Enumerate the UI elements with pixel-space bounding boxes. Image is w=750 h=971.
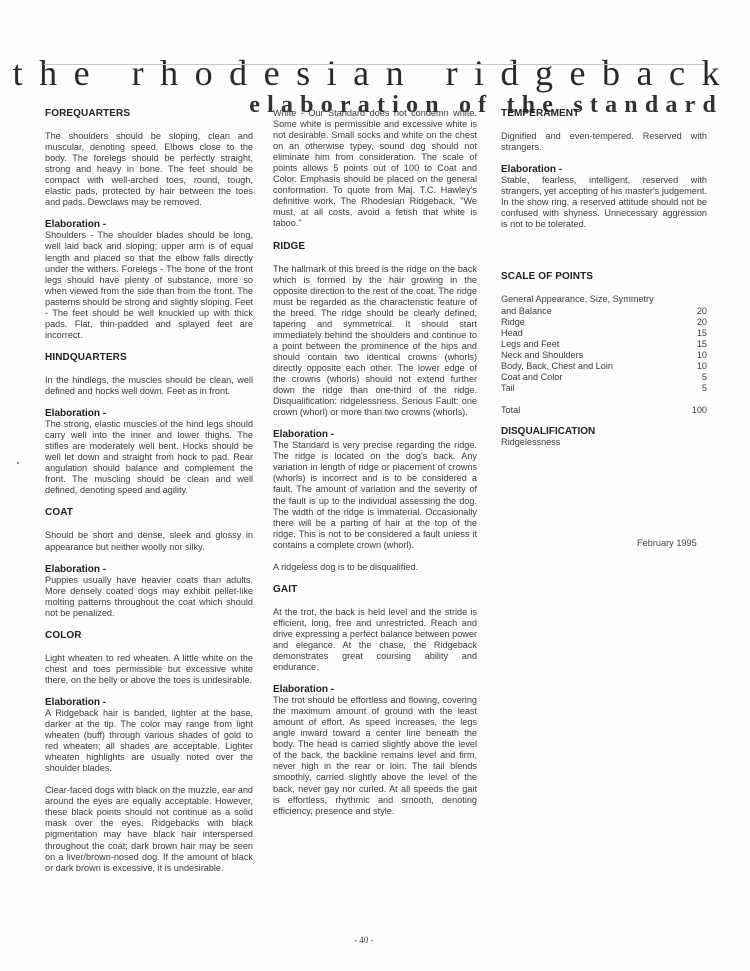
elaboration-label: Elaboration -: [273, 429, 477, 440]
elaboration-text: Puppies usually have heavier coats than …: [45, 575, 253, 619]
elaboration-label: Elaboration -: [45, 697, 253, 708]
page-title: the rhodesian ridgeback: [13, 52, 736, 94]
section-gait: GAIT At the trot, the back is held level…: [273, 584, 477, 817]
section-heading: COAT: [45, 507, 253, 518]
points-total-label: Total: [501, 405, 520, 416]
points-label: and Balance: [501, 306, 552, 317]
points-row: Tail5: [501, 383, 707, 394]
points-row: Head15: [501, 328, 707, 339]
points-label: Head: [501, 328, 523, 339]
section-heading: RIDGE: [273, 241, 477, 252]
points-label: Body, Back, Chest and Loin: [501, 361, 613, 372]
column-2: White - Our Standard does not condemn wh…: [273, 108, 477, 828]
section-temperament: TEMPERAMENT Dignified and even-tempered.…: [501, 108, 707, 230]
points-value: 5: [702, 372, 707, 383]
section-heading: DISQUALIFICATION: [501, 426, 707, 437]
section-heading: HINDQUARTERS: [45, 352, 253, 363]
section-heading: TEMPERAMENT: [501, 108, 707, 119]
points-total-row: Total100: [501, 405, 707, 416]
standard-text: The shoulders should be sloping, clean a…: [45, 131, 253, 208]
page-number: - 40 -: [354, 935, 374, 945]
elaboration-text: The Standard is very precise regarding t…: [273, 440, 477, 550]
standard-text: The hallmark of this breed is the ridge …: [273, 264, 477, 419]
elaboration-label: Elaboration -: [273, 684, 477, 695]
points-row: Legs and Feet15: [501, 339, 707, 350]
elaboration-text-2: Clear-faced dogs with black on the muzzl…: [45, 785, 253, 873]
standard-text: Light wheaten to red wheaten. A little w…: [45, 653, 253, 686]
points-value: 15: [697, 328, 707, 339]
disqualification-note: A ridgeless dog is to be disqualified.: [273, 562, 477, 573]
publication-date: February 1995: [637, 538, 697, 548]
points-total-value: 100: [692, 405, 707, 416]
elaboration-text: The trot should be effortless and flowin…: [273, 695, 477, 817]
section-coat: COAT Should be short and dense, sleek an…: [45, 507, 253, 618]
disqualification-text: Ridgelessness: [501, 437, 707, 448]
elaboration-text: A Ridgeback hair is banded, lighter at t…: [45, 708, 253, 774]
points-value: 10: [697, 361, 707, 372]
points-value: 10: [697, 350, 707, 361]
points-value: 20: [697, 317, 707, 328]
points-label: Neck and Shoulders: [501, 350, 583, 361]
section-heading: SCALE OF POINTS: [501, 271, 707, 282]
elaboration-label: Elaboration -: [45, 564, 253, 575]
section-heading: COLOR: [45, 630, 253, 641]
section-forequarters: FOREQUARTERS The shoulders should be slo…: [45, 108, 253, 341]
points-label: Coat and Color: [501, 372, 562, 383]
title-rule-divider: [44, 64, 704, 65]
section-scale-of-points: SCALE OF POINTS General Appearance, Size…: [501, 271, 707, 416]
points-row: and Balance20: [501, 306, 707, 317]
standard-text: In the hindlegs, the muscles should be c…: [45, 375, 253, 397]
column-3: TEMPERAMENT Dignified and even-tempered.…: [501, 108, 707, 448]
section-disqualification: DISQUALIFICATION Ridgelessness: [501, 426, 707, 448]
standard-text: At the trot, the back is held level and …: [273, 607, 477, 673]
white-paragraph: White - Our Standard does not condemn wh…: [273, 108, 477, 230]
points-value: 20: [697, 306, 707, 317]
section-color: COLOR Light wheaten to red wheaten. A li…: [45, 630, 253, 874]
standard-text: Should be short and dense, sleek and glo…: [45, 530, 253, 552]
section-heading: FOREQUARTERS: [45, 108, 253, 119]
section-hindquarters: HINDQUARTERS In the hindlegs, the muscle…: [45, 352, 253, 497]
points-row: Coat and Color5: [501, 372, 707, 383]
standard-text: Dignified and even-tempered. Reserved wi…: [501, 131, 707, 153]
points-first-line: General Appearance, Size, Symmetry: [501, 294, 707, 305]
points-row: Ridge20: [501, 317, 707, 328]
points-row: Body, Back, Chest and Loin10: [501, 361, 707, 372]
elaboration-text: The strong, elastic muscles of the hind …: [45, 419, 253, 496]
scan-speck: [17, 462, 19, 464]
points-value: 5: [702, 383, 707, 394]
elaboration-label: Elaboration -: [45, 408, 253, 419]
points-value: 15: [697, 339, 707, 350]
elaboration-label: Elaboration -: [501, 164, 707, 175]
elaboration-text: Shoulders - The shoulder blades should b…: [45, 230, 253, 340]
points-label: Ridge: [501, 317, 525, 328]
section-heading: GAIT: [273, 584, 477, 595]
column-1: FOREQUARTERS The shoulders should be slo…: [45, 108, 253, 885]
points-row: Neck and Shoulders10: [501, 350, 707, 361]
points-label: Legs and Feet: [501, 339, 559, 350]
elaboration-text: Stable, fearless, intelligent, reserved …: [501, 175, 707, 230]
elaboration-label: Elaboration -: [45, 219, 253, 230]
section-ridge: RIDGE The hallmark of this breed is the …: [273, 241, 477, 573]
points-label: Tail: [501, 383, 515, 394]
